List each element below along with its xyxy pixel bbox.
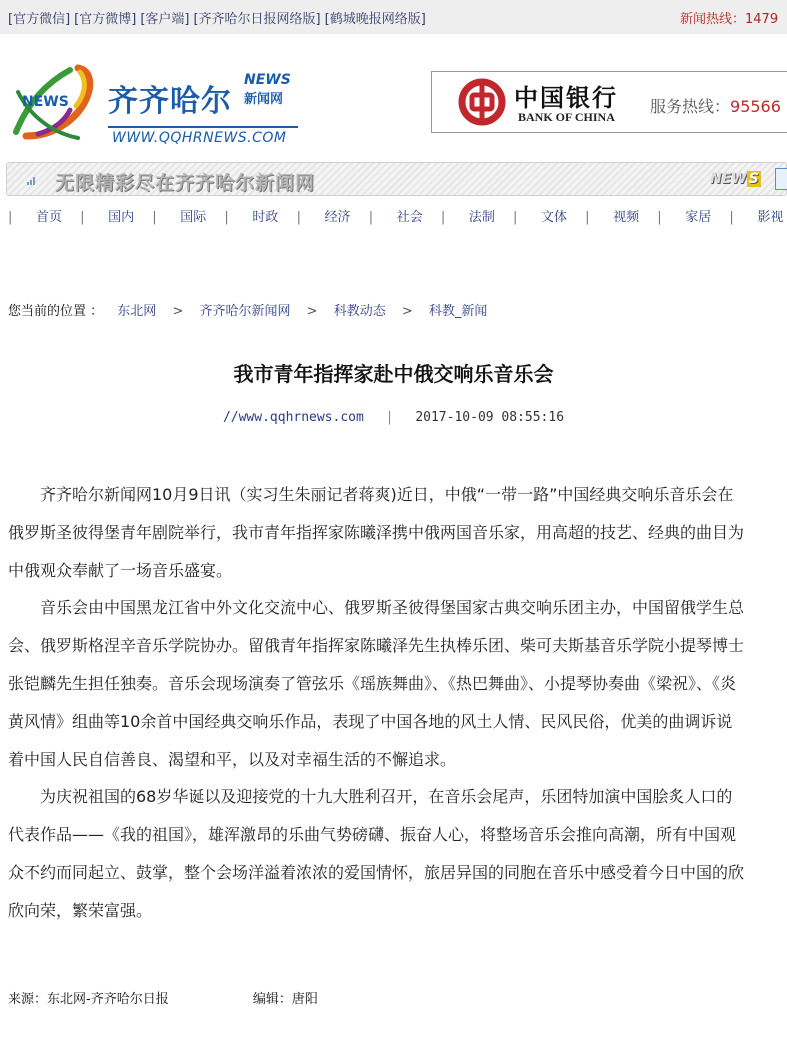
site-logo[interactable]: NEWS 齐齐哈尔 NEWS 新闻网 WWW.QQHRNEWS.COM (8, 62, 298, 142)
link-client[interactable]: [客户端] (140, 12, 189, 27)
article-editor: 编辑：唐阳 (253, 992, 318, 1007)
bank-name-cn: 中国银行 (514, 78, 618, 113)
article-meta: //www.qqhrnews.com | 2017-10-09 08:55:16 (0, 410, 787, 425)
nav-separator: | (297, 210, 311, 225)
breadcrumb-label: 您当前的位置 ： (8, 304, 103, 319)
top-bar: [官方微信][官方微博][客户端][齐齐哈尔日报网络版][鹤城晚报网络版] 新闻… (0, 0, 787, 34)
nav-item-domestic[interactable]: 国内 (94, 206, 148, 225)
breadcrumb: 您当前的位置 ： 东北网 > 齐齐哈尔新闻网 > 科教动态 > 科教_新闻 (8, 300, 487, 319)
nav-separator: | (80, 210, 94, 225)
article-source-url[interactable]: //www.qqhrnews.com (223, 410, 364, 425)
nav-item-international[interactable]: 国际 (166, 206, 220, 225)
nav-item-home[interactable]: 首页 (22, 206, 76, 225)
news-emblem-icon: NEWS (8, 62, 98, 142)
nav-separator: | (513, 210, 527, 225)
article-body: 齐齐哈尔新闻网10月9日讯（实习生朱丽记者蒋爽)近日，中俄“一带一路”中国经典交… (8, 476, 748, 930)
nav-item-film-tv[interactable]: 影视 (743, 206, 787, 225)
breadcrumb-separator: > (307, 304, 318, 319)
logo-news-en: NEWS (244, 72, 291, 88)
article-paragraph: 为庆祝祖国的68岁华诞以及迎接党的十九大胜利召开，在音乐会尾声，乐团特加演中国脍… (8, 778, 748, 929)
breadcrumb-item-qqhrnews[interactable]: 齐齐哈尔新闻网 (199, 304, 290, 319)
slogan-text: 无限精彩尽在齐齐哈尔新闻网 (55, 168, 315, 195)
link-official-weibo[interactable]: [官方微博] (74, 12, 136, 27)
bank-name-en: BANK OF CHINA (518, 110, 615, 125)
nav-separator: | (585, 210, 599, 225)
nav-item-law[interactable]: 法制 (455, 206, 509, 225)
nav-separator: | (657, 210, 671, 225)
logo-divider (108, 126, 298, 128)
meta-separator: | (386, 410, 394, 425)
bank-service-hotline: 服务热线：95566 (650, 94, 781, 117)
svg-text:NEWS: NEWS (22, 94, 69, 110)
article-paragraph: 音乐会由中国黑龙江省中外文化交流中心、俄罗斯圣彼得堡国家古典交响乐团主办，中国留… (8, 589, 748, 778)
article-source: 来源：东北网-齐齐哈尔日报 (8, 992, 169, 1007)
article-datetime: 2017-10-09 08:55:16 (415, 410, 564, 425)
nav-separator: | (369, 210, 383, 225)
slogan-bar: 无限精彩尽在齐齐哈尔新闻网 NEWS (6, 162, 787, 196)
top-links: [官方微信][官方微博][客户端][齐齐哈尔日报网络版][鹤城晚报网络版] (8, 8, 430, 27)
bank-of-china-logo-icon (458, 78, 506, 126)
breadcrumb-item-edu-updates[interactable]: 科教动态 (334, 304, 386, 319)
news-badge: NEWS (710, 171, 761, 187)
nav-item-home-living[interactable]: 家居 (671, 206, 725, 225)
nav-item-video[interactable]: 视频 (599, 206, 653, 225)
signal-bars-icon (27, 175, 37, 185)
logo-url: WWW.QQHRNEWS.COM (112, 130, 287, 146)
article-paragraph: 齐齐哈尔新闻网10月9日讯（实习生朱丽记者蒋爽)近日，中俄“一带一路”中国经典交… (8, 476, 748, 589)
main-nav: |首页 |国内 |国际 |时政 |经济 |社会 |法制 |文体 |视频 |家居 … (8, 206, 787, 230)
logo-name: 齐齐哈尔 (108, 76, 232, 120)
service-number: 95566 (730, 97, 781, 116)
bank-of-china-ad[interactable]: 中国银行 BANK OF CHINA 服务热线：95566 (431, 71, 787, 133)
nav-separator: | (152, 210, 166, 225)
nav-separator: | (224, 210, 238, 225)
breadcrumb-separator: > (402, 304, 413, 319)
news-hotline: 新闻热线：1479 (680, 8, 778, 27)
nav-separator: | (8, 210, 22, 225)
link-qiqihar-daily[interactable]: [齐齐哈尔日报网络版] (193, 12, 320, 27)
breadcrumb-item-edu-news[interactable]: 科教_新闻 (429, 304, 488, 319)
logo-news-cn: 新闻网 (244, 88, 283, 107)
header: NEWS 齐齐哈尔 NEWS 新闻网 WWW.QQHRNEWS.COM 中国银行… (0, 50, 787, 150)
breadcrumb-separator: > (172, 304, 183, 319)
nav-separator: | (441, 210, 455, 225)
link-hecheng-evening[interactable]: [鹤城晚报网络版] (325, 12, 426, 27)
link-official-wechat[interactable]: [官方微信] (8, 12, 70, 27)
nav-item-politics[interactable]: 时政 (238, 206, 292, 225)
article-footer: 来源：东北网-齐齐哈尔日报 编辑：唐阳 (8, 988, 318, 1007)
service-label: 服务热线： (650, 97, 730, 116)
nav-item-society[interactable]: 社会 (383, 206, 437, 225)
nav-item-culture-sports[interactable]: 文体 (527, 206, 581, 225)
breadcrumb-item-dbw[interactable]: 东北网 (117, 304, 156, 319)
news-badge-s: S (747, 171, 761, 187)
nav-separator: | (729, 210, 743, 225)
search-input[interactable] (775, 168, 787, 190)
article-title: 我市青年指挥家赴中俄交响乐音乐会 (0, 358, 787, 387)
nav-item-economy[interactable]: 经济 (311, 206, 365, 225)
news-badge-text: NEW (710, 171, 747, 187)
